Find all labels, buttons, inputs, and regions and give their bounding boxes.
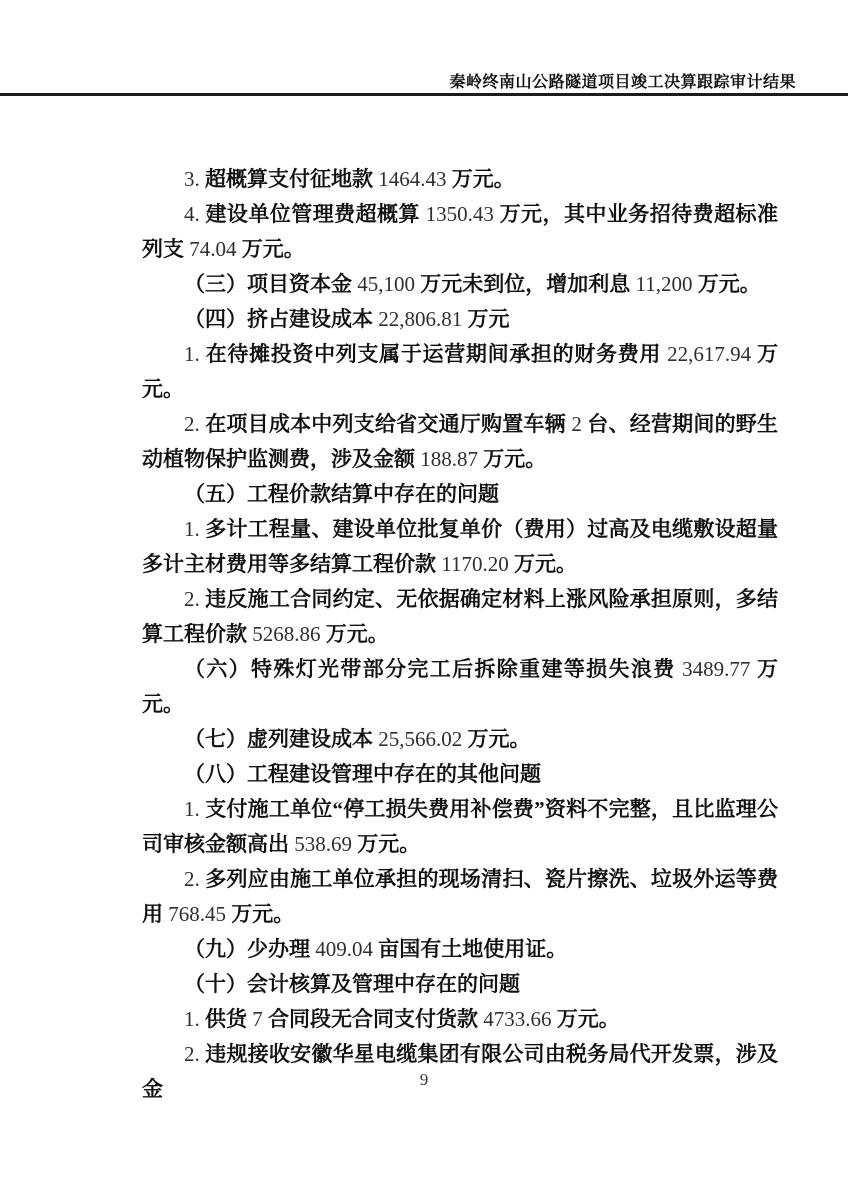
paragraph: 2. 违反施工合同约定、无依据确定材料上涨风险承担原则，多结算工程价款 5268… — [142, 582, 778, 652]
cjk-text-run: （八）工程建设管理中存在的其他问题 — [184, 762, 541, 786]
number-text-run: 11,200 — [636, 272, 698, 296]
number-text-run: 3489.77 — [682, 657, 757, 681]
paragraph: 3. 超概算支付征地款 1464.43 万元。 — [142, 162, 778, 197]
number-text-run: 1. — [184, 342, 206, 366]
cjk-text-run: （六）特殊灯光带部分完工后拆除重建等损失浪费 — [184, 657, 682, 681]
paragraph: （三）项目资本金 45,100 万元未到位，增加利息 11,200 万元。 — [142, 267, 778, 302]
number-text-run: 22,806.81 — [378, 307, 467, 331]
number-text-run: 3. — [184, 167, 205, 191]
cjk-text-run: 合同段无合同支付货款 — [268, 1007, 483, 1031]
cjk-text-run: 万元。 — [231, 902, 294, 926]
number-text-run: 22,617.94 — [667, 342, 757, 366]
number-text-run: 2. — [184, 412, 205, 436]
number-text-run: 1464.43 — [378, 167, 452, 191]
number-text-run: 1. — [184, 797, 205, 821]
cjk-text-run: （七）虚列建设成本 — [184, 727, 378, 751]
number-text-run: 1350.43 — [426, 202, 500, 226]
number-text-run: 74.04 — [189, 237, 242, 261]
cjk-text-run: 供货 — [205, 1007, 252, 1031]
cjk-text-run: 支付施工单位“停工损失费用补偿费”资料不完整，且比监理公司审核金额高出 — [142, 797, 778, 856]
number-text-run: 2. — [184, 587, 205, 611]
paragraph: 4. 建设单位管理费超概算 1350.43 万元，其中业务招待费超标准列支 74… — [142, 197, 778, 267]
header-rule — [0, 93, 848, 96]
paragraph: （四）挤占建设成本 22,806.81 万元 — [142, 302, 778, 337]
paragraph: （六）特殊灯光带部分完工后拆除重建等损失浪费 3489.77 万元。 — [142, 652, 778, 722]
number-text-run: 188.87 — [420, 447, 483, 471]
cjk-text-run: 万元。 — [698, 272, 761, 296]
number-text-run: 25,566.02 — [378, 727, 467, 751]
number-text-run: 1170.20 — [441, 552, 514, 576]
document-body: 3. 超概算支付征地款 1464.43 万元。4. 建设单位管理费超概算 135… — [142, 162, 778, 1107]
number-text-run: 45,100 — [357, 272, 420, 296]
number-text-run: 4733.66 — [483, 1007, 557, 1031]
cjk-text-run: 亩国有土地使用证。 — [378, 937, 567, 961]
paragraph: （八）工程建设管理中存在的其他问题 — [142, 757, 778, 792]
cjk-text-run: 万元。 — [242, 237, 305, 261]
cjk-text-run: （五）工程价款结算中存在的问题 — [184, 482, 499, 506]
cjk-text-run: （十）会计核算及管理中存在的问题 — [184, 972, 520, 996]
paragraph: 1. 在待摊投资中列支属于运营期间承担的财务费用 22,617.94 万元。 — [142, 337, 778, 407]
paragraph: 2. 多列应由施工单位承担的现场清扫、瓷片擦洗、垃圾外运等费用 768.45 万… — [142, 862, 778, 932]
cjk-text-run: 万元未到位，增加利息 — [420, 272, 635, 296]
number-text-run: 4. — [184, 202, 205, 226]
number-text-run: 409.04 — [315, 937, 378, 961]
cjk-text-run: 万元。 — [557, 1007, 620, 1031]
cjk-text-run: 万元。 — [326, 622, 389, 646]
paragraph: （十）会计核算及管理中存在的问题 — [142, 967, 778, 1002]
cjk-text-run: 超概算支付征地款 — [205, 167, 378, 191]
header-title: 秦岭终南山公路隧道项目竣工决算跟踪审计结果 — [449, 69, 796, 92]
number-text-run: 2. — [184, 867, 205, 891]
paragraph: 1. 供货 7 合同段无合同支付货款 4733.66 万元。 — [142, 1002, 778, 1037]
cjk-text-run: （九）少办理 — [184, 937, 315, 961]
number-text-run: 7 — [252, 1007, 268, 1031]
cjk-text-run: （三）项目资本金 — [184, 272, 357, 296]
cjk-text-run: 万元。 — [514, 552, 577, 576]
cjk-text-run: 万元。 — [357, 832, 420, 856]
cjk-text-run: 万元 — [468, 307, 510, 331]
page-number: 9 — [0, 1068, 848, 1092]
paragraph: 1. 多计工程量、建设单位批复单价（费用）过高及电缆敷设超量多计主材费用等多结算… — [142, 512, 778, 582]
number-text-run: 538.69 — [294, 832, 357, 856]
paragraph: （五）工程价款结算中存在的问题 — [142, 477, 778, 512]
paragraph: 1. 支付施工单位“停工损失费用补偿费”资料不完整，且比监理公司审核金额高出 5… — [142, 792, 778, 862]
paragraph: （九）少办理 409.04 亩国有土地使用证。 — [142, 932, 778, 967]
paragraph: （七）虚列建设成本 25,566.02 万元。 — [142, 722, 778, 757]
number-text-run: 768.45 — [168, 902, 231, 926]
number-text-run: 5268.86 — [252, 622, 326, 646]
number-text-run: 1. — [184, 517, 205, 541]
cjk-text-run: 万元。 — [452, 167, 515, 191]
cjk-text-run: 万元。 — [483, 447, 546, 471]
cjk-text-run: （四）挤占建设成本 — [184, 307, 378, 331]
cjk-text-run: 万元。 — [468, 727, 531, 751]
cjk-text-run: 在待摊投资中列支属于运营期间承担的财务费用 — [206, 342, 667, 366]
cjk-text-run: 在项目成本中列支给省交通厅购置车辆 — [205, 412, 571, 436]
document-page: 秦岭终南山公路隧道项目竣工决算跟踪审计结果 3. 超概算支付征地款 1464.4… — [0, 0, 848, 1200]
paragraph: 2. 在项目成本中列支给省交通厅购置车辆 2 台、经营期间的野生动植物保护监测费… — [142, 407, 778, 477]
number-text-run: 2 — [571, 412, 587, 436]
number-text-run: 1. — [184, 1007, 205, 1031]
cjk-text-run: 违反施工合同约定、无依据确定材料上涨风险承担原则，多结算工程价款 — [142, 587, 778, 646]
cjk-text-run: 建设单位管理费超概算 — [205, 202, 425, 226]
number-text-run: 2. — [184, 1042, 205, 1066]
